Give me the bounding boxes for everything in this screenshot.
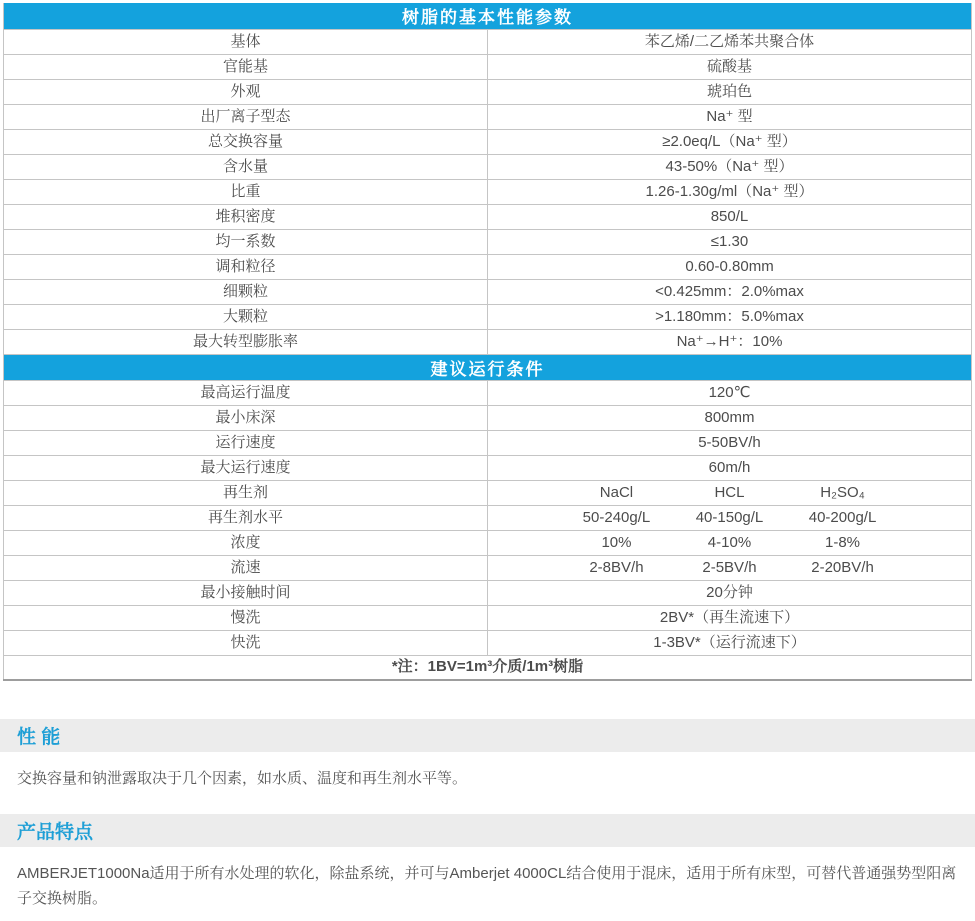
row-label: 基体	[4, 29, 488, 54]
row-label: 含水量	[4, 154, 488, 179]
table-row: 最小床深800mm	[4, 405, 972, 430]
row-label: 浓度	[4, 530, 488, 555]
row-value: 20分钟	[488, 580, 972, 605]
performance-paragraph: 交换容量和钠泄露取决于几个因素，如水质、温度和再生剂水平等。	[17, 766, 958, 792]
row-label: 慢洗	[4, 605, 488, 630]
table-row: 出厂离子型态Na⁺ 型	[4, 104, 972, 129]
row-value: 0.60-0.80mm	[488, 254, 972, 279]
row-label: 最大运行速度	[4, 455, 488, 480]
section-header-product-features: 产品特点	[0, 814, 975, 847]
row-value-part: 50-240g/L	[560, 509, 673, 527]
page: 树脂的基本性能参数基体苯乙烯/二乙烯苯共聚合体官能基硫酸基外观琥珀色出厂离子型态…	[0, 3, 975, 912]
table-row: 最高运行温度120℃	[4, 380, 972, 405]
row-value: <0.425mm：2.0%max	[488, 279, 972, 304]
row-value-part: H₂SO₄	[786, 484, 899, 502]
row-value-part: HCL	[673, 484, 786, 502]
table-row: 细颗粒<0.425mm：2.0%max	[4, 279, 972, 304]
row-label: 最小床深	[4, 405, 488, 430]
table-section-title: 树脂的基本性能参数	[4, 3, 972, 29]
table-section-bar: 建议运行条件	[4, 354, 972, 380]
row-value: 50-240g/L40-150g/L40-200g/L	[488, 505, 972, 530]
table-row: 官能基硫酸基	[4, 54, 972, 79]
product-features-paragraph: AMBERJET1000Na适用于所有水处理的软化，除盐系统，并可与Amberj…	[17, 861, 958, 912]
row-value: 1-3BV*（运行流速下）	[488, 630, 972, 655]
row-value-part: 2-5BV/h	[673, 559, 786, 577]
resin-spec-table: 树脂的基本性能参数基体苯乙烯/二乙烯苯共聚合体官能基硫酸基外观琥珀色出厂离子型态…	[3, 3, 972, 681]
row-value-part: 2-8BV/h	[560, 559, 673, 577]
row-label: 官能基	[4, 54, 488, 79]
row-value: 琥珀色	[488, 79, 972, 104]
row-label: 再生剂	[4, 480, 488, 505]
row-value: 苯乙烯/二乙烯苯共聚合体	[488, 29, 972, 54]
row-value: 10%4-10%1-8%	[488, 530, 972, 555]
row-value: Na⁺→H⁺：10%	[488, 329, 972, 354]
row-value: 800mm	[488, 405, 972, 430]
row-label: 出厂离子型态	[4, 104, 488, 129]
table-row: 最小接触时间20分钟	[4, 580, 972, 605]
table-row: 再生剂水平50-240g/L40-150g/L40-200g/L	[4, 505, 972, 530]
row-value: 2BV*（再生流速下）	[488, 605, 972, 630]
row-value-group: 2-8BV/h2-5BV/h2-20BV/h	[560, 559, 899, 577]
table-row: 运行速度5-50BV/h	[4, 430, 972, 455]
row-value-part: NaCl	[560, 484, 673, 502]
row-label: 最大转型膨胀率	[4, 329, 488, 354]
row-value-group: 50-240g/L40-150g/L40-200g/L	[560, 509, 899, 527]
row-label: 再生剂水平	[4, 505, 488, 530]
row-label: 最高运行温度	[4, 380, 488, 405]
section-title-performance: 性 能	[17, 722, 60, 749]
row-value-part: 2-20BV/h	[786, 559, 899, 577]
table-row: 最大运行速度60m/h	[4, 455, 972, 480]
table-footnote-row: *注：1BV=1m³介质/1m³树脂	[4, 655, 972, 680]
row-value-part: 4-10%	[673, 534, 786, 552]
row-value: Na⁺ 型	[488, 104, 972, 129]
table-row: 流速2-8BV/h2-5BV/h2-20BV/h	[4, 555, 972, 580]
table-row: 基体苯乙烯/二乙烯苯共聚合体	[4, 29, 972, 54]
table-row: 均一系数≤1.30	[4, 229, 972, 254]
table-row: 最大转型膨胀率Na⁺→H⁺：10%	[4, 329, 972, 354]
row-value-part: 1-8%	[786, 534, 899, 552]
row-value: 850/L	[488, 204, 972, 229]
row-label: 流速	[4, 555, 488, 580]
row-label: 快洗	[4, 630, 488, 655]
row-label: 大颗粒	[4, 304, 488, 329]
row-value: 120℃	[488, 380, 972, 405]
table-row: 总交换容量≥2.0eq/L（Na⁺ 型）	[4, 129, 972, 154]
row-value: ≤1.30	[488, 229, 972, 254]
row-value-group: 10%4-10%1-8%	[560, 534, 899, 552]
table-row: 慢洗2BV*（再生流速下）	[4, 605, 972, 630]
row-label: 均一系数	[4, 229, 488, 254]
table-section-title: 建议运行条件	[4, 354, 972, 380]
row-label: 调和粒径	[4, 254, 488, 279]
table-row: 再生剂NaClHCLH₂SO₄	[4, 480, 972, 505]
table-row: 含水量43-50%（Na⁺ 型）	[4, 154, 972, 179]
row-label: 比重	[4, 179, 488, 204]
table-row: 比重1.26-1.30g/ml（Na⁺ 型）	[4, 179, 972, 204]
row-label: 运行速度	[4, 430, 488, 455]
row-value: 硫酸基	[488, 54, 972, 79]
table-row: 浓度10%4-10%1-8%	[4, 530, 972, 555]
table-footnote: *注：1BV=1m³介质/1m³树脂	[4, 655, 972, 680]
table-section-bar: 树脂的基本性能参数	[4, 3, 972, 29]
table-row: 快洗1-3BV*（运行流速下）	[4, 630, 972, 655]
row-value-group: NaClHCLH₂SO₄	[560, 484, 899, 502]
row-label: 细颗粒	[4, 279, 488, 304]
row-value-part: 40-150g/L	[673, 509, 786, 527]
row-label: 最小接触时间	[4, 580, 488, 605]
row-label: 堆积密度	[4, 204, 488, 229]
table-row: 大颗粒>1.180mm：5.0%max	[4, 304, 972, 329]
row-label: 外观	[4, 79, 488, 104]
section-header-performance: 性 能	[0, 719, 975, 752]
row-value: >1.180mm：5.0%max	[488, 304, 972, 329]
row-value: NaClHCLH₂SO₄	[488, 480, 972, 505]
section-title-product-features: 产品特点	[17, 817, 93, 844]
row-value: 1.26-1.30g/ml（Na⁺ 型）	[488, 179, 972, 204]
row-value-part: 40-200g/L	[786, 509, 899, 527]
row-value: 2-8BV/h2-5BV/h2-20BV/h	[488, 555, 972, 580]
row-value: 60m/h	[488, 455, 972, 480]
table-row: 调和粒径0.60-0.80mm	[4, 254, 972, 279]
table-row: 外观琥珀色	[4, 79, 972, 104]
table-row: 堆积密度850/L	[4, 204, 972, 229]
row-label: 总交换容量	[4, 129, 488, 154]
row-value: 5-50BV/h	[488, 430, 972, 455]
row-value-part: 10%	[560, 534, 673, 552]
row-value: ≥2.0eq/L（Na⁺ 型）	[488, 129, 972, 154]
row-value: 43-50%（Na⁺ 型）	[488, 154, 972, 179]
